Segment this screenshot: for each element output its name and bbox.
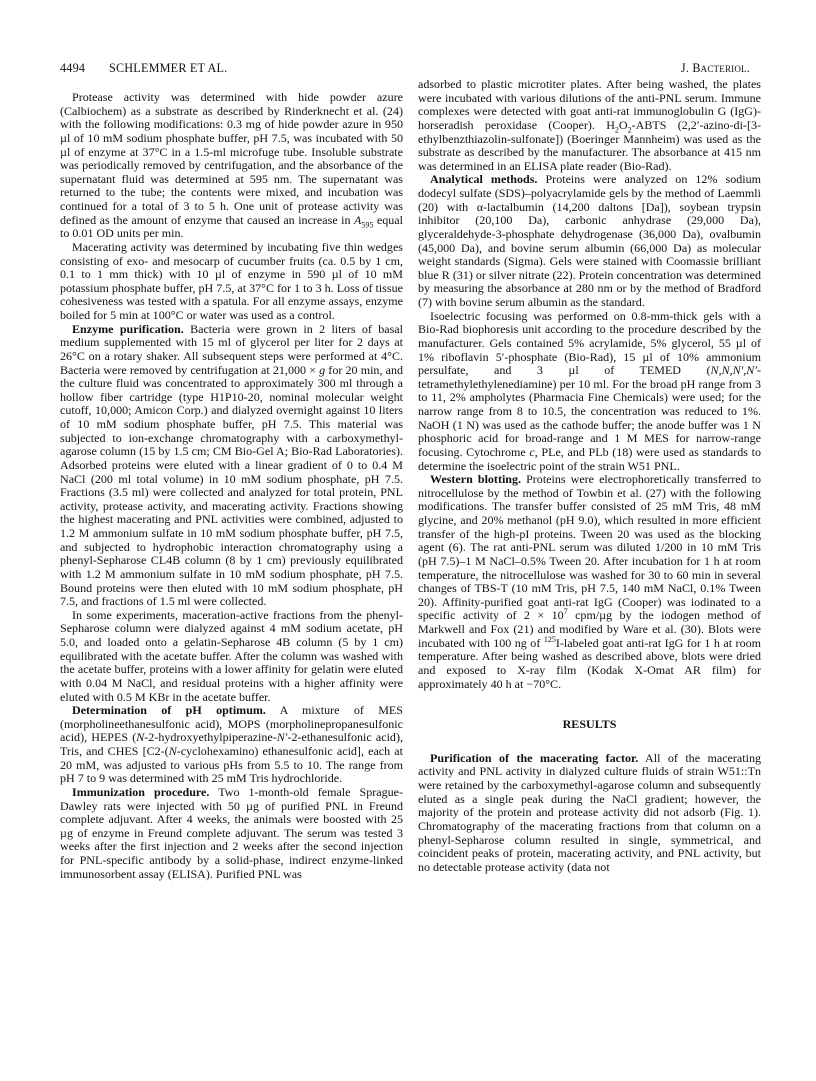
paragraph-macerating-assay: Macerating activity was determined by in… xyxy=(60,241,403,323)
running-authors: SCHLEMMER ET AL. xyxy=(109,61,227,76)
right-column: adsorbed to plastic microtiter plates. A… xyxy=(418,78,761,874)
running-header: 4494 SCHLEMMER ET AL. J. Bacteriol. xyxy=(60,61,750,77)
paragraph-text: O xyxy=(619,118,628,132)
left-column: Protease activity was determined with hi… xyxy=(60,91,403,881)
paragraph-immunization: Immunization procedure. Two 1-month-old … xyxy=(60,786,403,881)
paragraph-analytical-methods: Analytical methods. Proteins were analyz… xyxy=(418,173,761,309)
paragraph-enzyme-purification: Enzyme purification. Bacteria were grown… xyxy=(60,323,403,609)
paragraph-text: Proteins were electrophoretically transf… xyxy=(418,472,761,622)
page-number: 4494 xyxy=(60,61,85,76)
paragraph-isoelectric-focusing: Isoelectric focusing was performed on 0.… xyxy=(418,310,761,474)
italic-n: N xyxy=(169,744,177,758)
paragraph-protease-assay: Protease activity was determined with hi… xyxy=(60,91,403,241)
paragraph-text: Two 1-month-old female Sprague-Dawley ra… xyxy=(60,785,403,881)
journal-name: J. Bacteriol. xyxy=(681,61,750,76)
run-in-heading: Determination of pH optimum. xyxy=(72,703,266,717)
paragraph-purification-results: Purification of the macerating factor. A… xyxy=(418,752,761,875)
paragraph-text: Protease activity was determined with hi… xyxy=(60,90,403,227)
run-in-heading: Purification of the macerating factor. xyxy=(430,751,638,765)
paragraph-gelatin-sepharose: In some experiments, maceration-active f… xyxy=(60,609,403,704)
paragraph-text: for 20 min, and the culture fluid was co… xyxy=(60,363,403,609)
italic-nnnn: N,N,N′,N′ xyxy=(711,363,757,377)
italic-n-prime: N′ xyxy=(277,730,288,744)
paragraph-text: Proteins were analyzed on 12% sodium dod… xyxy=(418,172,761,309)
paragraph-ph-optimum: Determination of pH optimum. A mixture o… xyxy=(60,704,403,786)
paragraph-text: All of the macerating activity and PNL a… xyxy=(418,751,761,874)
paragraph-western-blotting: Western blotting. Proteins were electrop… xyxy=(418,473,761,691)
run-in-heading: Immunization procedure. xyxy=(72,785,209,799)
absorbance-subscript: 595 xyxy=(361,220,373,229)
run-in-heading: Western blotting. xyxy=(430,472,521,486)
paragraph-text: -2-hydroxyethylpiperazine- xyxy=(144,730,276,744)
paragraph-elisa-continued: adsorbed to plastic microtiter plates. A… xyxy=(418,78,761,173)
superscript: 125 xyxy=(544,635,556,644)
run-in-heading: Analytical methods. xyxy=(430,172,537,186)
section-heading-results: RESULTS xyxy=(418,718,761,732)
run-in-heading: Enzyme purification. xyxy=(72,322,184,336)
